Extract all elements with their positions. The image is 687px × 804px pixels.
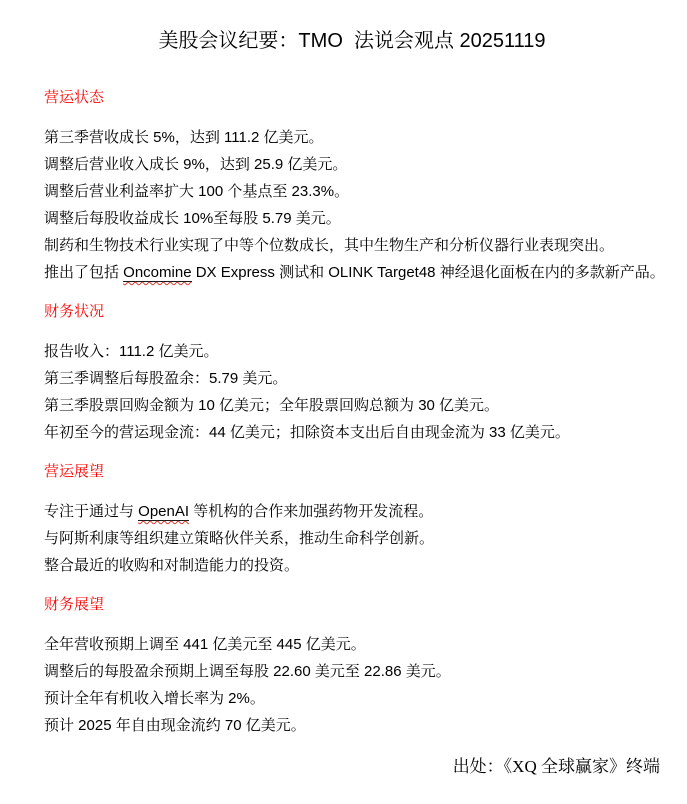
section-heading: 财务状况 bbox=[44, 302, 660, 322]
text-line: 调整后营业收入成长 9%，达到 25.9 亿美元。 bbox=[44, 151, 660, 178]
text-segment: 专注于通过与 bbox=[44, 503, 138, 520]
text-line: 第三季调整后每股盈余：5.79 美元。 bbox=[44, 365, 660, 392]
text-segment: 调整后每股收益成长 10%至每股 5.79 美元。 bbox=[44, 210, 341, 227]
text-segment: 预计全年有机收入增长率为 2%。 bbox=[44, 690, 265, 707]
text-segment: 年初至今的营运现金流：44 亿美元；扣除资本支出后自由现金流为 33 亿美元。 bbox=[44, 424, 570, 441]
section-paragraph: 全年营收预期上调至 441 亿美元至 445 亿美元。调整后的每股盈余预期上调至… bbox=[44, 631, 660, 739]
section-heading: 营运状态 bbox=[44, 88, 660, 108]
spellchecked-word: OpenAI bbox=[138, 503, 189, 521]
section-heading: 财务展望 bbox=[44, 595, 660, 615]
text-segment: DX Express 测试和 OLINK Target48 神经退化面板在内的多… bbox=[192, 264, 665, 281]
document-page: 美股会议纪要：TMO 法说会观点 20251119 营运状态第三季营收成长 5%… bbox=[0, 0, 687, 804]
text-line: 整合最近的收购和对制造能力的投资。 bbox=[44, 552, 660, 579]
text-segment: 等机构的合作来加强药物开发流程。 bbox=[189, 503, 433, 520]
source-attribution: 出处：《XQ 全球赢家》终端 bbox=[44, 755, 660, 779]
text-segment: 第三季调整后每股盈余：5.79 美元。 bbox=[44, 370, 287, 387]
text-line: 全年营收预期上调至 441 亿美元至 445 亿美元。 bbox=[44, 631, 660, 658]
text-segment: 全年营收预期上调至 441 亿美元至 445 亿美元。 bbox=[44, 636, 366, 653]
text-line: 制药和生物技术行业实现了中等个位数成长，其中生物生产和分析仪器行业表现突出。 bbox=[44, 232, 660, 259]
section-heading: 营运展望 bbox=[44, 462, 660, 482]
text-line: 年初至今的营运现金流：44 亿美元；扣除资本支出后自由现金流为 33 亿美元。 bbox=[44, 419, 660, 446]
text-line: 推出了包括 Oncomine DX Express 测试和 OLINK Targ… bbox=[44, 259, 660, 286]
document-section: 财务展望全年营收预期上调至 441 亿美元至 445 亿美元。调整后的每股盈余预… bbox=[44, 595, 660, 739]
text-segment: 报告收入：111.2 亿美元。 bbox=[44, 343, 218, 360]
text-segment: 调整后营业收入成长 9%，达到 25.9 亿美元。 bbox=[44, 156, 347, 173]
document-section: 营运状态第三季营收成长 5%，达到 111.2 亿美元。调整后营业收入成长 9%… bbox=[44, 88, 660, 286]
text-segment: 第三季股票回购金额为 10 亿美元；全年股票回购总额为 30 亿美元。 bbox=[44, 397, 499, 414]
text-segment: 推出了包括 bbox=[44, 264, 123, 281]
text-line: 预计 2025 年自由现金流约 70 亿美元。 bbox=[44, 712, 660, 739]
text-segment: 与阿斯利康等组织建立策略伙伴关系，推动生命科学创新。 bbox=[44, 530, 434, 547]
document-section: 财务状况报告收入：111.2 亿美元。第三季调整后每股盈余：5.79 美元。第三… bbox=[44, 302, 660, 446]
text-line: 调整后营业利益率扩大 100 个基点至 23.3%。 bbox=[44, 178, 660, 205]
text-line: 专注于通过与 OpenAI 等机构的合作来加强药物开发流程。 bbox=[44, 498, 660, 525]
spellchecked-word: Oncomine bbox=[123, 264, 191, 282]
text-segment: 调整后的每股盈余预期上调至每股 22.60 美元至 22.86 美元。 bbox=[44, 663, 451, 680]
document-section: 营运展望专注于通过与 OpenAI 等机构的合作来加强药物开发流程。与阿斯利康等… bbox=[44, 462, 660, 579]
text-line: 第三季股票回购金额为 10 亿美元；全年股票回购总额为 30 亿美元。 bbox=[44, 392, 660, 419]
text-line: 调整后的每股盈余预期上调至每股 22.60 美元至 22.86 美元。 bbox=[44, 658, 660, 685]
text-line: 与阿斯利康等组织建立策略伙伴关系，推动生命科学创新。 bbox=[44, 525, 660, 552]
sections: 营运状态第三季营收成长 5%，达到 111.2 亿美元。调整后营业收入成长 9%… bbox=[44, 88, 660, 739]
page-title: 美股会议纪要：TMO 法说会观点 20251119 bbox=[44, 28, 660, 54]
section-paragraph: 报告收入：111.2 亿美元。第三季调整后每股盈余：5.79 美元。第三季股票回… bbox=[44, 338, 660, 446]
text-segment: 预计 2025 年自由现金流约 70 亿美元。 bbox=[44, 717, 306, 734]
text-line: 调整后每股收益成长 10%至每股 5.79 美元。 bbox=[44, 205, 660, 232]
text-line: 报告收入：111.2 亿美元。 bbox=[44, 338, 660, 365]
section-paragraph: 专注于通过与 OpenAI 等机构的合作来加强药物开发流程。与阿斯利康等组织建立… bbox=[44, 498, 660, 579]
text-line: 第三季营收成长 5%，达到 111.2 亿美元。 bbox=[44, 124, 660, 151]
section-paragraph: 第三季营收成长 5%，达到 111.2 亿美元。调整后营业收入成长 9%，达到 … bbox=[44, 124, 660, 286]
text-segment: 第三季营收成长 5%，达到 111.2 亿美元。 bbox=[44, 129, 324, 146]
text-line: 预计全年有机收入增长率为 2%。 bbox=[44, 685, 660, 712]
text-segment: 制药和生物技术行业实现了中等个位数成长，其中生物生产和分析仪器行业表现突出。 bbox=[44, 237, 614, 254]
text-segment: 调整后营业利益率扩大 100 个基点至 23.3%。 bbox=[44, 183, 349, 200]
text-segment: 整合最近的收购和对制造能力的投资。 bbox=[44, 557, 299, 574]
